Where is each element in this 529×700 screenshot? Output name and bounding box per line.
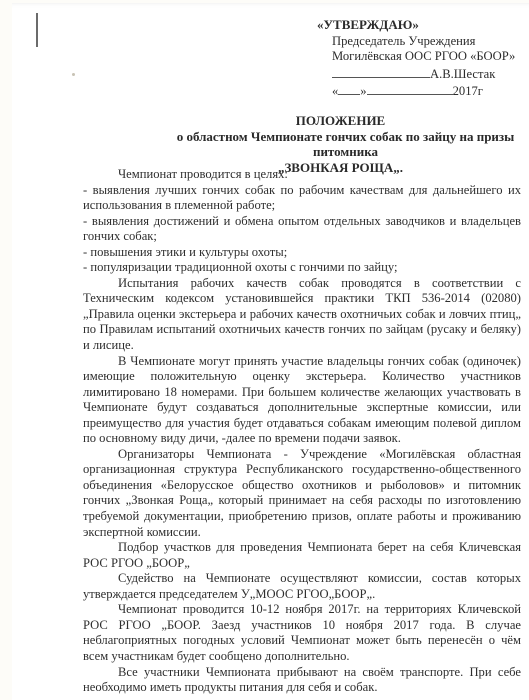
title-line-2: о областном Чемпионате гончих собак по з…: [12, 129, 529, 160]
goal-item-2: - выявления достижений и обмена опытом о…: [83, 214, 521, 245]
goal-item-3: - повышения этики и культуры охоты;: [83, 245, 521, 261]
approval-year: 2017г: [453, 84, 483, 98]
title-line-1: ПОЛОЖЕНИЕ: [12, 113, 529, 129]
paragraph-judging: Судейство на Чемпионате осуществляют ком…: [83, 571, 521, 602]
approval-heading: «УТВЕРЖДАЮ»: [317, 17, 515, 33]
paragraph-organizers: Организаторы Чемпионата - Учреждение «Мо…: [83, 447, 521, 540]
day-blank: [338, 82, 360, 95]
paragraph-participation: В Чемпионате могут принять участие владе…: [83, 354, 521, 447]
paragraph-site-selection: Подбор участков для проведения Чемпионат…: [83, 540, 521, 571]
document-title: ПОЛОЖЕНИЕ о областном Чемпионате гончих …: [12, 113, 529, 175]
signature-blank: [332, 65, 430, 78]
approval-position: Председатель Учреждения: [332, 34, 515, 50]
paragraph-dates: Чемпионат проводится 10-12 ноября 2017г.…: [83, 602, 521, 664]
approval-date-line: «»2017г: [332, 82, 515, 100]
month-blank: [367, 82, 453, 95]
approval-signatory: А.В.Шестак: [430, 67, 495, 81]
scan-speck: [72, 73, 75, 76]
binder-mark: [36, 13, 38, 47]
paragraph-transport: Все участники Чемпионата прибывают на св…: [83, 665, 521, 696]
goal-item-4: - популяризации традиционной охоты с гон…: [83, 260, 521, 276]
approval-block: «УТВЕРЖДАЮ» Председатель Учреждения Моги…: [312, 17, 515, 100]
paragraph-testing-rules: Испытания рабочих качеств собак проводят…: [83, 276, 521, 354]
approval-signature-line: А.В.Шестак: [332, 65, 515, 83]
approval-organization: Могилёвская ООС РГОО «БООР»: [332, 49, 515, 65]
document-body: Чемпионат проводится в целях: - выявлени…: [83, 167, 521, 696]
paragraph-goals-intro: Чемпионат проводится в целях:: [83, 167, 521, 183]
goal-item-1: - выявления лучших гончих собак по рабоч…: [83, 183, 521, 214]
